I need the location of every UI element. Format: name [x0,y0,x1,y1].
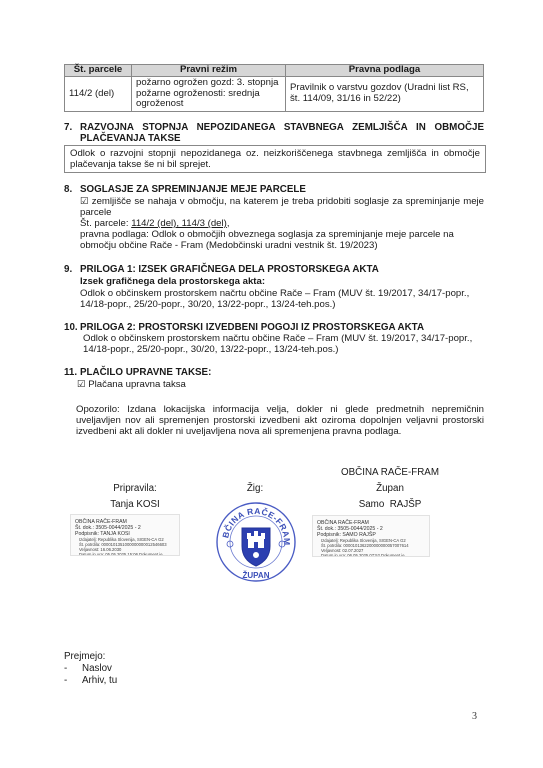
section-number: 11. [64,367,80,379]
stamp-serial: Št. potrdila: 00001013622000000000570076… [317,543,425,553]
section-9-heading: 9.PRILOGA 1: IZSEK GRAFIČNEGA DELA PROST… [64,264,484,276]
section-title: PLAČILO UPRAVNE TAKSE: [80,367,211,378]
recipients-label: Prejmejo: [64,651,264,663]
svg-text:ŽUPAN: ŽUPAN [243,571,270,580]
col-header-basis: Pravna podlaga [286,65,484,77]
section-8-parcels: Št. parcele: 114/2 (del), 114/3 (del), [80,218,484,229]
municipality-name: OBČINA RAČE-FRAM [320,465,460,481]
section-title: PRILOGA 1: IZSEK GRAFIČNEGA DELA PROSTOR… [80,264,379,275]
check-text: Plačana upravna taksa [88,379,186,390]
prepared-name: Tanja KOSI [80,497,190,513]
section-11-heading: 11.PLAČILO UPRAVNE TAKSE: [64,367,484,379]
section-number: 10. [64,322,80,334]
stamp-time: Datum in ura: 06.05.2025 07:52 Dokument … [317,553,425,557]
parcels-label: Št. parcele: [80,218,131,229]
section-title: SOGLASJE ZA SPREMINJANJE MEJE PARCELE [80,184,306,195]
col-header-regime: Pravni režim [132,65,286,77]
section-7-heading-cont: PLAČEVANJA TAKSE [80,133,484,145]
section-title: RAZVOJNA STOPNJA NEPOZIDANEGA STAVBNEGA … [80,122,484,133]
section-8-legal-basis: pravna podlaga: Odlok o območjih obvezne… [80,229,484,251]
regime-line: požarno ogrožen gozd: 3. stopnja [136,78,281,89]
section-10-line: Odlok o občinskem prostorskem načrtu obč… [83,333,487,344]
section-10-line: 14/18-popr., 25/20-popr., 30/20, 13/22-p… [83,344,487,355]
section-11-check: ☑ Plačana upravna taksa [77,379,481,390]
section-9-subtitle: Izsek grafičnega dela prostorskega akta: [80,276,484,287]
mayor-block: OBČINA RAČE-FRAM Župan Samo RAJŠP [320,465,460,513]
section-8-heading: 8.SOGLASJE ZA SPREMINJANJE MEJE PARCELE [64,184,484,196]
section-7-heading: 7.RAZVOJNA STOPNJA NEPOZIDANEGA STAVBNEG… [64,122,484,134]
bullet: - [64,675,82,687]
section-title: PRILOGA 2: PROSTORSKI IZVEDBENI POGOJI I… [80,322,424,333]
checkbox-checked-icon: ☑ [80,196,89,207]
recipient-text: Arhiv, tu [82,675,117,686]
col-header-parcel: Št. parcele [65,65,132,77]
prepared-label: Pripravila: [80,481,190,497]
warning-note: Opozorilo: Izdana lokacijska informacija… [76,404,484,438]
recipient-text: Naslov [82,663,112,674]
e-signature-stamp-mayor: OBČINA RAČE-FRAM Št. dok.: 3505-0044/202… [312,515,430,557]
basis-line: št. 114/09, 31/16 in 52/22) [290,94,479,105]
parcels-suffix: , [227,218,230,229]
seal-label: Žig: [230,481,280,497]
e-signature-stamp-prepared: OBČINA RAČE-FRAM Št. dok.: 3505-0044/202… [70,514,180,556]
regime-line: ogroženost [136,99,281,110]
section-9-line: Odlok o občinskem prostorskem načrtu obč… [80,288,484,299]
mayor-label: Župan [320,481,460,497]
cell-regime: požarno ogrožen gozd: 3. stopnja požarne… [132,76,286,111]
section-7-box: Odlok o razvojni stopnji nepozidanega oz… [64,145,486,173]
section-number: 9. [64,264,80,276]
municipal-seal-icon: OBČINA RAČE-FRAM ŽUPAN [214,500,298,584]
check-text: zemljišče se nahaja v območju, na katere… [80,196,484,218]
section-number: 7. [64,122,80,134]
stamp-serial: Št. potrdila: 00001013510000000000125466… [75,542,175,552]
cell-basis: Pravilnik o varstvu gozdov (Uradni list … [286,76,484,111]
page-number: 3 [472,711,477,722]
section-9-line: 14/18-popr., 25/20-popr., 30/20, 13/22-p… [80,299,484,310]
legal-regime-table: Št. parcele Pravni režim Pravna podlaga … [64,64,484,112]
section-8-check: ☑ zemljišče se nahaja v območju, na kate… [80,196,484,218]
cell-parcel: 114/2 (del) [65,76,132,111]
recipient-item: -Arhiv, tu [64,675,264,687]
parcels-value: 114/2 (del), 114/3 (del) [131,218,227,229]
checkbox-checked-icon: ☑ [77,379,86,390]
section-number: 8. [64,184,80,196]
table-header-row: Št. parcele Pravni režim Pravna podlaga [65,65,484,77]
mayor-name: Samo RAJŠP [320,497,460,513]
prepared-by-block: Pripravila: Tanja KOSI [80,481,190,513]
bullet: - [64,663,82,675]
table-row: 114/2 (del) požarno ogrožen gozd: 3. sto… [65,76,484,111]
recipients-block: Prejmejo: -Naslov -Arhiv, tu [64,651,264,687]
stamp-time: Datum in ura: 05.05.2025 15:06 Dokument … [75,552,175,556]
recipient-item: -Naslov [64,663,264,675]
section-10-heading: 10.PRILOGA 2: PROSTORSKI IZVEDBENI POGOJ… [64,322,484,334]
